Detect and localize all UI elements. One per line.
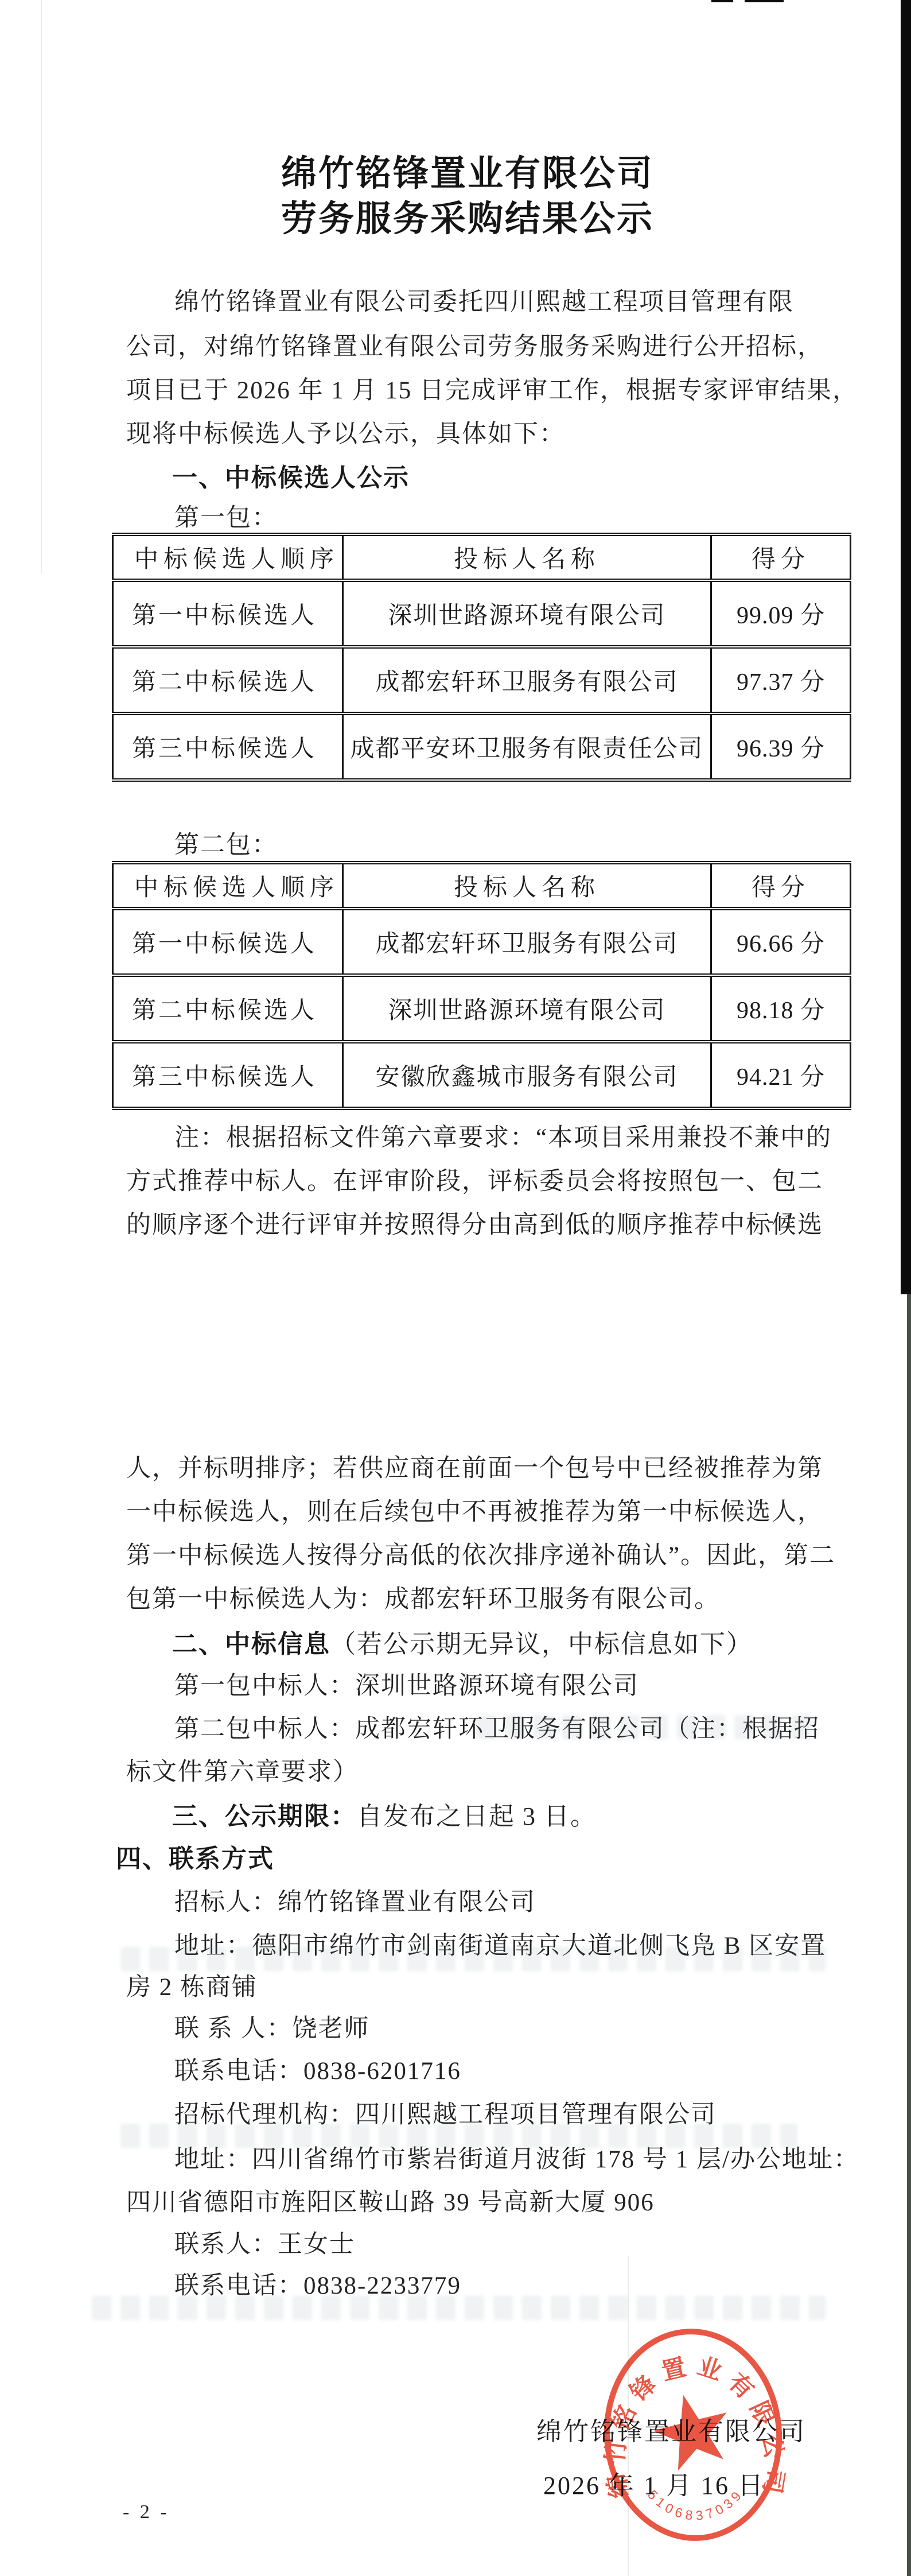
contact-line-person: 联 系 人：饶老师: [174, 2009, 370, 2044]
bidder-score: 96.66 分: [711, 909, 851, 975]
bidder-score: 94.21 分: [711, 1042, 851, 1108]
contact-line-agency-address-cont: 四川省德阳市旌阳区鞍山路 39 号高新大厦 906: [126, 2183, 655, 2218]
bidder-score: 99.09 分: [711, 580, 851, 647]
note-line: 的顺序逐个进行评审并按照得分由高到低的顺序推荐中标候选: [126, 1205, 823, 1240]
section4-heading: 四、联系方式: [116, 1838, 274, 1875]
bleedthrough-artifact: [92, 2296, 826, 2320]
intro-line: 现将中标候选人予以公示，具体如下：: [126, 414, 565, 449]
column-header-bidder: 投标人名称: [343, 863, 711, 909]
table-header-row: 中标候选人顺序 投标人名称 得分: [113, 863, 851, 909]
candidate-order: 第三中标候选人: [113, 713, 343, 780]
column-header-score: 得分: [711, 534, 851, 580]
note-line: 注：根据招标文件第六章要求：“本项目采用兼投不兼中的: [174, 1118, 832, 1153]
package1-table: 中标候选人顺序 投标人名称 得分 第一中标候选人 深圳世路源环境有限公司 99.…: [112, 533, 851, 782]
intro-line: 项目已于 2026 年 1 月 15 日完成评审工作，根据专家评审结果，: [126, 371, 858, 406]
section1-heading: 一、中标候选人公示: [172, 457, 410, 494]
page1-number: - 1 -: [768, 1210, 812, 1231]
column-header-order: 中标候选人顺序: [113, 534, 343, 580]
table-row: 第二中标候选人 成都宏轩环卫服务有限公司 97.37 分: [113, 647, 851, 713]
bidder-name: 深圳世路源环境有限公司: [343, 975, 711, 1042]
section3-text: 自发布之日起 3 日。: [357, 1802, 597, 1830]
table-row: 第一中标候选人 深圳世路源环境有限公司 99.09 分: [113, 580, 851, 647]
scan-edge-strip: [901, 0, 911, 1294]
package2-table: 中标候选人顺序 投标人名称 得分 第一中标候选人 成都宏轩环卫服务有限公司 96…: [112, 861, 851, 1110]
bidder-name: 成都宏轩环卫服务有限公司: [343, 647, 711, 713]
scan-edge-strip: [907, 1294, 911, 2576]
candidate-order: 第三中标候选人: [113, 1042, 343, 1108]
winner-line: 标文件第六章要求）: [126, 1752, 359, 1787]
section2-heading: 二、中标信息（若公示期无异议，中标信息如下）: [172, 1623, 753, 1660]
official-seal: 绵竹铭锋置业有限公司 5106837039: [593, 2317, 793, 2552]
column-header-bidder: 投标人名称: [343, 534, 711, 580]
package1-label: 第一包：: [174, 498, 278, 533]
bidder-name: 安徽欣鑫城市服务有限公司: [343, 1042, 711, 1108]
candidate-order: 第一中标候选人: [113, 909, 343, 975]
seal-serial-number: 5106837039: [644, 2481, 748, 2527]
column-header-order: 中标候选人顺序: [113, 863, 343, 909]
note-line: 方式推荐中标人。在评审阶段，评标委员会将按照包一、包二: [126, 1162, 823, 1197]
page2-number: - 2 -: [123, 2501, 170, 2523]
seal-star-icon: [647, 2386, 737, 2474]
bidder-name: 成都宏轩环卫服务有限公司: [343, 909, 711, 975]
candidate-order: 第一中标候选人: [113, 580, 343, 647]
contact-line-agency-person: 联系人：王女士: [174, 2225, 355, 2260]
section2-heading-note: （若公示期无异议，中标信息如下）: [330, 1630, 753, 1658]
scanned-document: 绵竹铭锋置业有限公司 劳务服务采购结果公示 绵竹铭锋置业有限公司委托四川熙越工程…: [0, 0, 911, 2576]
bidder-score: 97.37 分: [711, 647, 851, 713]
package2-label: 第二包：: [174, 825, 278, 860]
bidder-score: 98.18 分: [711, 975, 851, 1042]
bidder-name: 成都平安环卫服务有限责任公司: [343, 713, 711, 780]
intro-line: 绵竹铭锋置业有限公司委托四川熙越工程项目管理有限: [174, 282, 794, 317]
bidder-score: 96.39 分: [711, 713, 851, 780]
table-row: 第三中标候选人 成都平安环卫服务有限责任公司 96.39 分: [113, 713, 851, 780]
table-row: 第二中标候选人 深圳世路源环境有限公司 98.18 分: [113, 975, 851, 1042]
section2-heading-label: 二、中标信息: [172, 1630, 330, 1658]
winner-line: 第一包中标人：深圳世路源环境有限公司: [174, 1666, 639, 1701]
contact-line-phone: 联系电话：0838-6201716: [174, 2051, 461, 2086]
section3-heading-label: 三、公示期限：: [172, 1802, 357, 1830]
intro-line: 公司，对绵竹铭锋置业有限公司劳务服务采购进行公开招标，: [126, 327, 823, 362]
contact-line-address-cont: 房 2 栋商铺: [126, 1968, 258, 2003]
bleedthrough-artifact: [120, 1947, 826, 1971]
bidder-name: 深圳世路源环境有限公司: [343, 580, 711, 647]
column-header-score: 得分: [711, 863, 851, 909]
continuation-line: 一中标候选人，则在后续包中不再被推荐为第一中标候选人，: [126, 1492, 823, 1527]
document-title-line2: 劳务服务采购结果公示: [115, 190, 820, 241]
continuation-line: 人，并标明排序；若供应商在前面一个包号中已经被推荐为第: [126, 1449, 823, 1484]
bleedthrough-artifact: [476, 1715, 815, 1739]
document-title-line1: 绵竹铭锋置业有限公司: [115, 145, 820, 196]
candidate-order: 第二中标候选人: [113, 975, 343, 1042]
continuation-line: 第一中标候选人按得分高低的依次排序递补确认”。因此，第二: [126, 1536, 835, 1571]
bleedthrough-artifact: [120, 2124, 797, 2148]
table-row: 第一中标候选人 成都宏轩环卫服务有限公司 96.66 分: [113, 909, 851, 975]
table-header-row: 中标候选人顺序 投标人名称 得分: [113, 534, 851, 580]
continuation-line: 包第一中标候选人为：成都宏轩环卫服务有限公司。: [126, 1580, 720, 1615]
scan-edge-dash: [745, 0, 784, 2]
scan-edge-dash: [711, 0, 733, 2]
contact-line-bidder-owner: 招标人：绵竹铭锋置业有限公司: [174, 1883, 536, 1918]
table-row: 第三中标候选人 安徽欣鑫城市服务有限公司 94.21 分: [113, 1042, 851, 1108]
section3-heading: 三、公示期限：自发布之日起 3 日。: [172, 1795, 597, 1832]
paper-crease: [41, 0, 42, 574]
candidate-order: 第二中标候选人: [113, 647, 343, 713]
